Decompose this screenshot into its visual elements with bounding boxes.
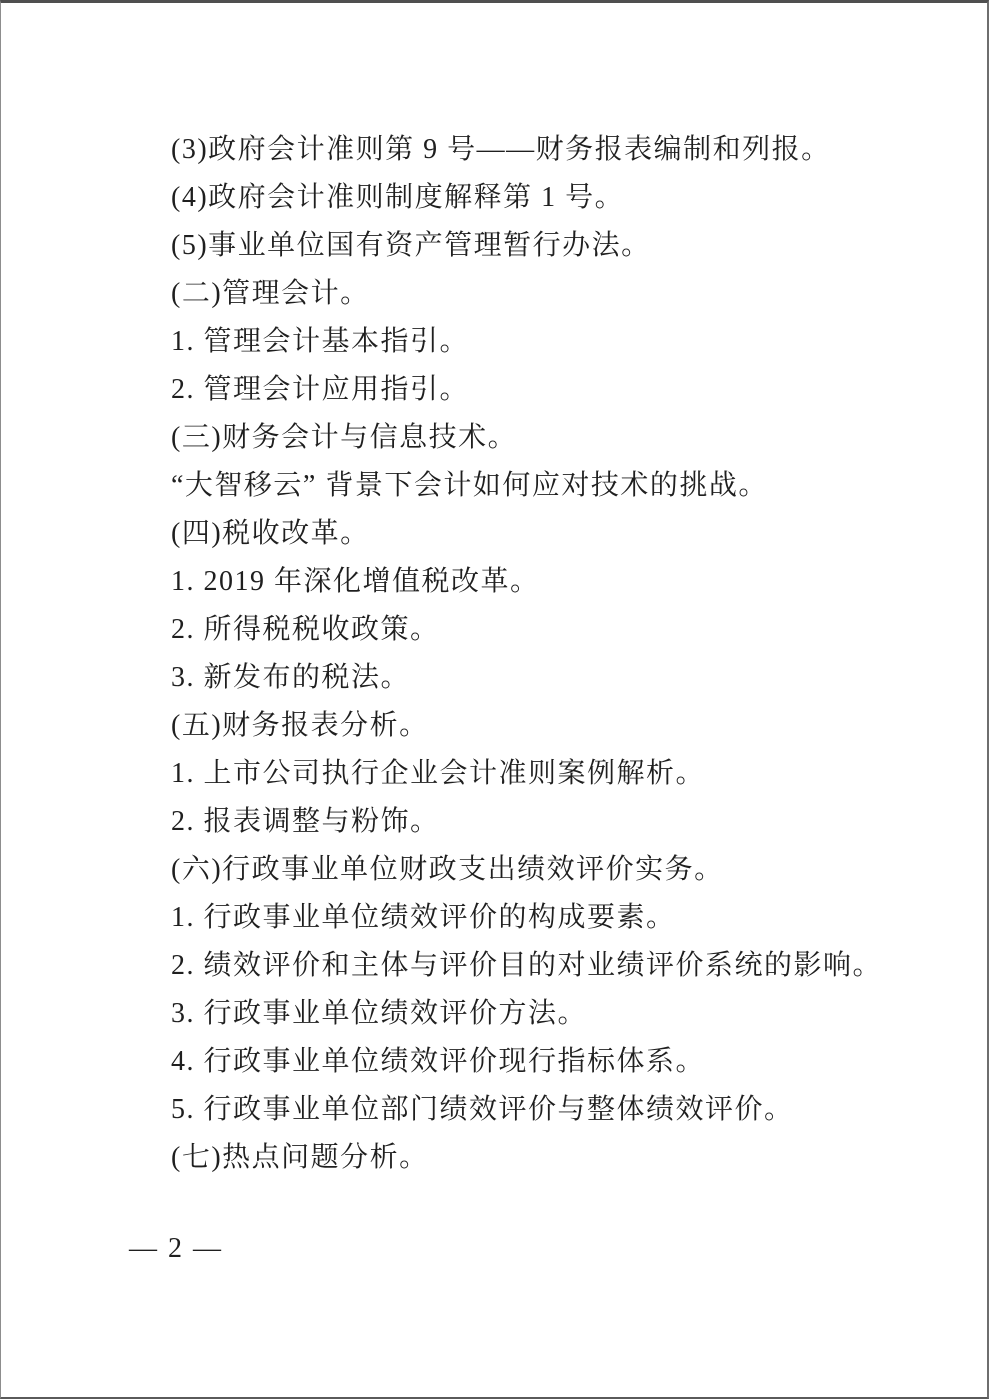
doc-line: 1. 管理会计基本指引。: [115, 318, 927, 366]
doc-line: (四)税收改革。: [115, 510, 927, 558]
document-body: (3)政府会计准则第 9 号——财务报表编制和列报。 (4)政府会计准则制度解释…: [115, 126, 927, 1182]
doc-line: 3. 行政事业单位绩效评价方法。: [115, 990, 927, 1038]
doc-line: (5)事业单位国有资产管理暂行办法。: [115, 222, 927, 270]
document-page: (3)政府会计准则第 9 号——财务报表编制和列报。 (4)政府会计准则制度解释…: [0, 0, 989, 1399]
doc-line: 1. 行政事业单位绩效评价的构成要素。: [115, 894, 927, 942]
doc-line: (三)财务会计与信息技术。: [115, 414, 927, 462]
doc-line: 5. 行政事业单位部门绩效评价与整体绩效评价。: [115, 1086, 927, 1134]
doc-line: 2. 管理会计应用指引。: [115, 366, 927, 414]
doc-line: “大智移云” 背景下会计如何应对技术的挑战。: [115, 462, 927, 510]
doc-line: (六)行政事业单位财政支出绩效评价实务。: [115, 846, 927, 894]
doc-line: 2. 所得税税收政策。: [115, 606, 927, 654]
doc-line: 2. 绩效评价和主体与评价目的对业绩评价系统的影响。: [115, 942, 927, 990]
doc-line: (五)财务报表分析。: [115, 702, 927, 750]
doc-line: (3)政府会计准则第 9 号——财务报表编制和列报。: [115, 126, 927, 174]
doc-line: (二)管理会计。: [115, 270, 927, 318]
doc-line: 2. 报表调整与粉饰。: [115, 798, 927, 846]
doc-line: (4)政府会计准则制度解释第 1 号。: [115, 174, 927, 222]
doc-line: 1. 上市公司执行企业会计准则案例解析。: [115, 750, 927, 798]
doc-line: (七)热点问题分析。: [115, 1134, 927, 1182]
page-number: — 2 —: [129, 1229, 223, 1269]
doc-line: 3. 新发布的税法。: [115, 654, 927, 702]
doc-line: 4. 行政事业单位绩效评价现行指标体系。: [115, 1038, 927, 1086]
doc-line: 1. 2019 年深化增值税改革。: [115, 558, 927, 606]
